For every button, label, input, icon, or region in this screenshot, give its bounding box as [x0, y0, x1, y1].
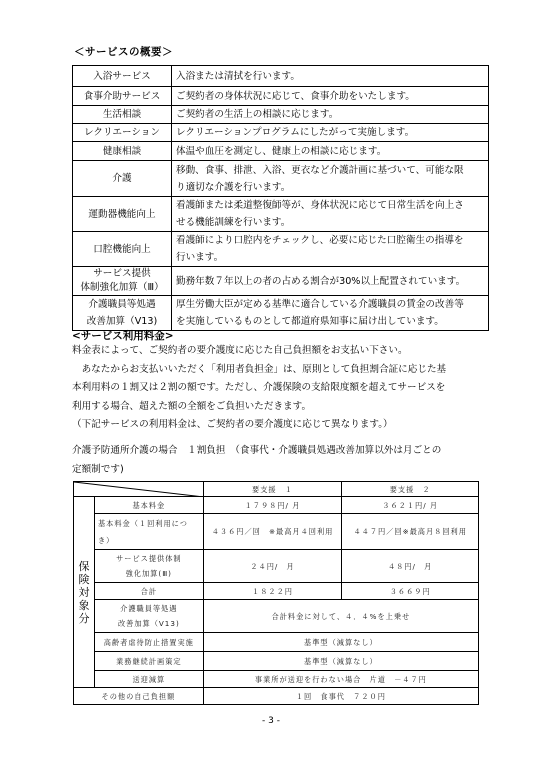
service-desc: 体温や血圧を測定し、健康上の相談に応じます。 [172, 142, 489, 161]
service-overview-table: 入浴サービス 入浴または清拭を行います。 食事介助サービス ご契約者の身体状況に… [72, 65, 489, 331]
service-label: 食事介助サービス [73, 87, 172, 106]
other-charges-value: １回 食事代 ７２０円 [203, 688, 478, 705]
service-desc: 看護師または柔道整復師等が、身体状況に応じて日常生活を向上さ せる機能訓練を行い… [172, 197, 489, 232]
fee-value: １７９８円/ 月 [203, 497, 342, 514]
table-row: 口腔機能向上 看護師により口腔内をチェックし、必要に応じた口腔衛生の指導を 行い… [73, 232, 489, 267]
paragraph-line: 料金表によって、ご契約者の要介護度に応じた自己負担額をお支払い下さい。 [72, 342, 446, 361]
table-row: 運動器機能向上 看護師または柔道整復師等が、身体状況に応じて日常生活を向上さ せ… [73, 197, 489, 232]
service-desc: 入浴または清拭を行います。 [172, 66, 489, 87]
label-line: 介護職員等処遇 [73, 296, 171, 313]
fee-value: ２４円/ 月 [203, 550, 342, 583]
table-row: 高齢者虐待防止措置実施 基準型（減算なし） [74, 633, 479, 652]
fee-value: １８２２円 [203, 583, 342, 600]
label-line: 基本料金（１回利用につ [98, 515, 203, 532]
fee-value-merged: 基準型（減算なし） [203, 652, 478, 671]
other-charges-label: その他の自己負担額 [74, 688, 204, 705]
desc-line: せる機能訓練を行います。 [176, 214, 488, 231]
page-number: - 3 - [262, 716, 280, 726]
table-row: 介護職員等処遇 改善加算（V13) 厚生労働大臣が定める基準に適合している介護職… [73, 296, 489, 331]
fee-value: ３６２１円/ 月 [342, 497, 479, 514]
table-row: 食事介助サービス ご契約者の身体状況に応じて、食事介助をいたします。 [73, 87, 489, 106]
table-row: 介護職員等処遇 改善加算（V13) 合計料金に対して、４．４%を上乗せ [74, 600, 479, 633]
fees-heading: <サービス利用料金> [72, 328, 174, 343]
desc-line: 行います。 [176, 249, 488, 266]
fee-value-merged: 基準型（減算なし） [203, 633, 478, 652]
service-label: 入浴サービス [73, 66, 172, 87]
table-row: サービス提供体制 強化加算(Ⅲ) ２４円/ 月 ４８円/ 月 [74, 550, 479, 583]
service-desc: 看護師により口腔内をチェックし、必要に応じた口腔衛生の指導を 行います。 [172, 232, 489, 267]
insurance-group-label: 保険対象分 [74, 497, 95, 688]
paragraph-line: 本利用料の１割又は２割の額です。ただし、介護保険の支給限度額を超えてサービスを [72, 379, 446, 398]
service-desc: ご契約者の生活上の相談に応じます。 [172, 106, 489, 124]
table-row: 入浴サービス 入浴または清拭を行います。 [73, 66, 489, 87]
row-label: 業務継続計画策定 [94, 652, 203, 671]
table-row: その他の自己負担額 １回 食事代 ７２０円 [74, 688, 479, 705]
label-line: き） [98, 532, 203, 549]
service-label: 生活相談 [73, 106, 172, 124]
paragraph-line: 利用する場合、超えた額の全額をご負担いただきます。 [72, 398, 446, 417]
desc-line: を実施しているものとして都道府県知事に届け出しています。 [176, 313, 488, 330]
service-label: 介護職員等処遇 改善加算（V13) [73, 296, 172, 331]
service-label: 健康相談 [73, 142, 172, 161]
desc-line: 看護師により口腔内をチェックし、必要に応じた口腔衛生の指導を [176, 232, 488, 249]
paragraph-line: あなたからお支払いいただく「利用者負担金」は、原則として負担割合証に応じた基 [72, 361, 446, 380]
table-row: 合計 １８２２円 ３６６９円 [74, 583, 479, 600]
row-label: 基本料金 [94, 497, 203, 514]
table-row: 送迎減算 事業所が送迎を行わない場合 片道 －４７円 [74, 671, 479, 688]
column-header-support-1: 要支援 １ [203, 482, 342, 497]
row-label: 高齢者虐待防止措置実施 [94, 633, 203, 652]
table-row: 介護 移動、食事、排泄、入浴、更衣など介護計画に基づいて、可能な限 り適切な介護… [73, 161, 489, 197]
service-label: 介護 [73, 161, 172, 197]
fee-value: ３６６９円 [342, 583, 479, 600]
row-label: 介護職員等処遇 改善加算（V13) [94, 600, 203, 633]
table-row: 業務継続計画策定 基準型（減算なし） [74, 652, 479, 671]
label-line: 改善加算（V13) [95, 616, 203, 631]
table-row: 基本料金（１回利用につ き） ４３６円／回 ※最高月４回利用 ４４７円／回※最高… [74, 514, 479, 550]
case-description: 介護予防通所介護の場合 １割負担 （食事代・介護職員処遇改善加算以外は月ごとの … [72, 442, 441, 479]
service-desc: ご契約者の身体状況に応じて、食事介助をいたします。 [172, 87, 489, 106]
service-label: サービス提供 体制強化加算（Ⅲ） [73, 267, 172, 296]
column-header-support-2: 要支援 ２ [342, 482, 479, 497]
label-line: 体制強化加算（Ⅲ） [73, 281, 171, 295]
row-label: 送迎減算 [94, 671, 203, 688]
table-row: 生活相談 ご契約者の生活上の相談に応じます。 [73, 106, 489, 124]
desc-line: り適切な介護を行います。 [176, 179, 488, 196]
fee-value: ４３６円／回 ※最高月４回利用 [203, 514, 342, 550]
overview-heading: ＜サービスの概要＞ [74, 44, 173, 59]
row-label: 基本料金（１回利用につ き） [94, 514, 203, 550]
label-line: サービス提供 [73, 267, 171, 281]
service-label: 運動器機能向上 [73, 197, 172, 232]
case-line: 定額制です) [72, 461, 441, 480]
label-line: 介護職員等処遇 [95, 601, 203, 616]
label-line: 強化加算(Ⅲ) [95, 566, 203, 581]
fees-description: 料金表によって、ご契約者の要介護度に応じた自己負担額をお支払い下さい。 あなたか… [72, 342, 446, 435]
diagonal-line-icon [74, 482, 204, 497]
case-line: 介護予防通所介護の場合 １割負担 （食事代・介護職員処遇改善加算以外は月ごとの [72, 442, 441, 461]
desc-line: 厚生労働大臣が定める基準に適合している介護職員の賃金の改善等 [176, 296, 488, 313]
paragraph-line: （下記サービスの利用料金は、ご契約者の要介護度に応じて異なります。） [72, 416, 446, 435]
service-desc: レクリエーションプログラムにしたがって実施します。 [172, 124, 489, 142]
service-desc: 勤務年数７年以上の者の占める割合が30%以上配置されています。 [172, 267, 489, 296]
row-label: サービス提供体制 強化加算(Ⅲ) [94, 550, 203, 583]
service-desc: 厚生労働大臣が定める基準に適合している介護職員の賃金の改善等 を実施しているもの… [172, 296, 489, 331]
service-label: 口腔機能向上 [73, 232, 172, 267]
group-label-text: 保険対象分 [78, 560, 89, 625]
label-line: サービス提供体制 [95, 551, 203, 566]
fee-value-merged: 事業所が送迎を行わない場合 片道 －４７円 [203, 671, 478, 688]
fee-header-row: 要支援 １ 要支援 ２ [74, 482, 479, 497]
table-row: 健康相談 体温や血圧を測定し、健康上の相談に応じます。 [73, 142, 489, 161]
fee-table: 要支援 １ 要支援 ２ 保険対象分 基本料金 １７９８円/ 月 ３６２１円/ 月… [73, 481, 479, 705]
fee-value-merged: 合計料金に対して、４．４%を上乗せ [203, 600, 478, 633]
fee-value: ４８円/ 月 [342, 550, 479, 583]
table-row: レクリエーション レクリエーションプログラムにしたがって実施します。 [73, 124, 489, 142]
row-label: 合計 [94, 583, 203, 600]
table-row: サービス提供 体制強化加算（Ⅲ） 勤務年数７年以上の者の占める割合が30%以上配… [73, 267, 489, 296]
table-row: 保険対象分 基本料金 １７９８円/ 月 ３６２１円/ 月 [74, 497, 479, 514]
service-label: レクリエーション [73, 124, 172, 142]
desc-line: 移動、食事、排泄、入浴、更衣など介護計画に基づいて、可能な限 [176, 162, 488, 179]
diagonal-header-cell [74, 482, 204, 497]
desc-line: 看護師または柔道整復師等が、身体状況に応じて日常生活を向上さ [176, 197, 488, 214]
fee-value: ４４７円／回※最高月８回利用 [342, 514, 479, 550]
service-desc: 移動、食事、排泄、入浴、更衣など介護計画に基づいて、可能な限 り適切な介護を行い… [172, 161, 489, 197]
